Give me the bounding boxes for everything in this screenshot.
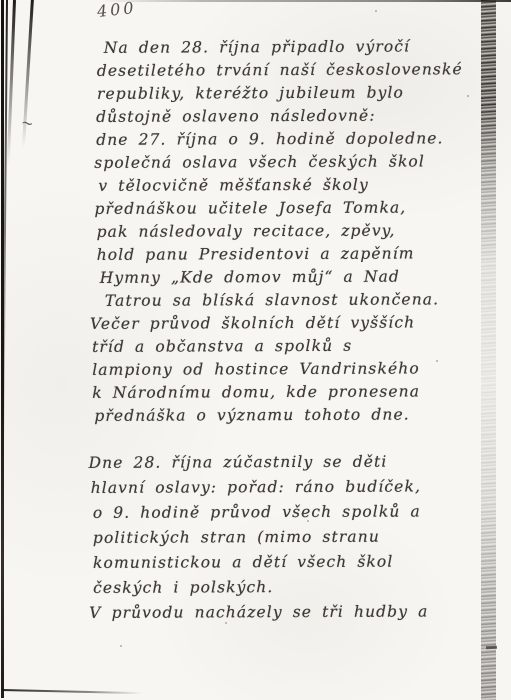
binding-edge-line: [7, 0, 16, 165]
handwritten-line: tříd a občanstva a spolků s: [88, 334, 500, 359]
handwritten-line: v tělocvičně měšťanské školy: [87, 173, 499, 198]
handwritten-line: pak následovaly recitace, zpěvy,: [88, 219, 500, 244]
handwritten-line: Večer průvod školních dětí vyšších: [88, 311, 500, 336]
handwritten-line: Tatrou sa blíská slavnost ukončena.: [88, 288, 500, 313]
handwritten-line: V průvodu nacházely se tři hudby a: [89, 599, 501, 626]
page-edge-line: [2, 689, 142, 694]
handwritten-line: Dne 28. října zúčastnily se děti: [89, 449, 501, 476]
handwritten-line: důstojně oslaveno následovně:: [87, 104, 499, 129]
handwritten-line: Hymny „Kde domov můj“ a Nad: [88, 265, 500, 290]
handwritten-line: k Národnímu domu, kde pronesena: [88, 380, 500, 405]
handwritten-line: přednáškou učitele Josefa Tomka,: [87, 196, 499, 221]
paragraph-2: Dne 28. října zúčastnily se děti hlavní …: [89, 449, 502, 626]
margin-mark: ~: [19, 113, 35, 133]
page-number: 400: [96, 0, 137, 21]
handwritten-line: desetiletého trvání naší československé: [87, 58, 499, 83]
handwritten-line: republiky, kteréžto jubileum bylo: [87, 81, 499, 106]
handwritten-line: lampiony od hostince Vandrinského: [88, 357, 500, 382]
handwritten-line: hold panu Presidentovi a zapěním: [88, 242, 500, 267]
handwritten-line: politických stran (mimo stranu: [89, 524, 501, 551]
handwritten-line: přednáška o významu tohoto dne.: [88, 403, 500, 428]
paragraph-1: Na den 28. října připadlo výročí desetil…: [87, 35, 501, 428]
handwritten-line: českých i polských.: [89, 574, 501, 601]
handwritten-line: komunistickou a dětí všech škol: [89, 549, 501, 576]
handwritten-line: společná oslava všech českých škol: [87, 150, 499, 175]
handwritten-line: Na den 28. října připadlo výročí: [87, 35, 499, 60]
handwritten-line: o 9. hodině průvod všech spolků a: [89, 499, 501, 526]
page-edge-line: [100, 0, 511, 2]
handwritten-line: hlavní oslavy: pořad: ráno budíček,: [89, 474, 501, 501]
scan-speck: [375, 10, 377, 12]
handwritten-line: dne 27. října o 9. hodině dopoledne.: [87, 127, 499, 152]
scan-speck: [120, 645, 122, 647]
handwritten-text-block: Na den 28. října připadlo výročí desetil…: [87, 35, 502, 626]
